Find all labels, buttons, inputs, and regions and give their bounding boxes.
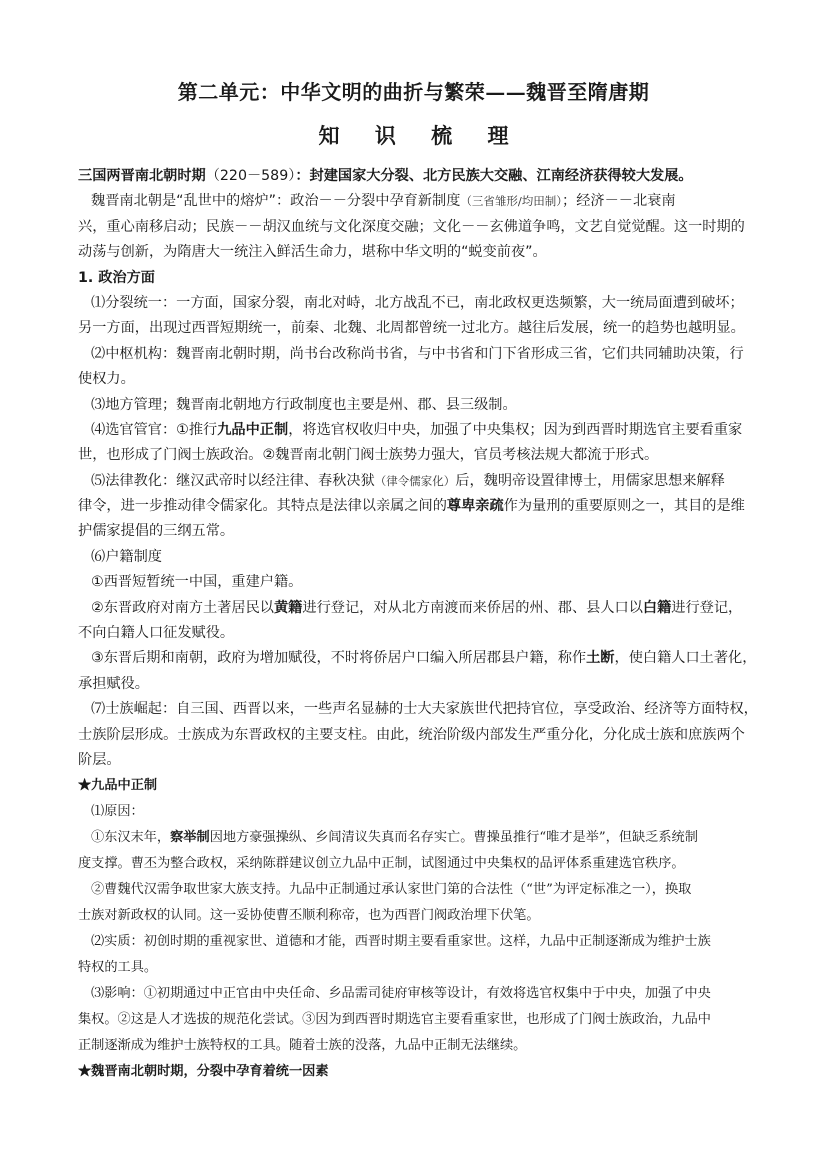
period-name: 三国两晋南北朝时期 (78, 168, 206, 184)
intro-paragraph-line: 兴，重心南移启动；民族－－胡汉血统与文化深度交融；文化－－玄佛道争鸣，文艺自觉觉… (78, 215, 760, 240)
nine-rank-cause-heading: ⑴原因： (78, 799, 760, 825)
item-text: ①东汉末年， (91, 830, 170, 845)
section-heading-politics: 1. 政治方面 (78, 266, 760, 291)
politics-item-5: ⑸法律教化：继汉武帝时以经注律、春秋决狱（律令儒家化）后，魏明帝设置律博士，用儒… (78, 469, 760, 494)
key-term: 尊卑亲疏 (447, 498, 504, 514)
item-text: 进行登记，对从北方南渡而来侨居的州、郡、县人口以 (302, 600, 643, 616)
item-text: ②东晋政府对南方土著居民以 (91, 600, 274, 616)
nine-rank-impact-cont: 正制逐渐成为维护士族特权的工具。随着士族的没落，九品中正制无法继续。 (78, 1033, 760, 1059)
document-page: 第二单元：中华文明的曲折与繁荣——魏晋至隋唐期 知 识 梳 理 三国两晋南北朝时… (0, 0, 827, 1169)
nine-rank-cause-1: ①东汉末年，察举制因地方豪强操纵、乡闾清议失真而名存实亡。曹操虽推行“唯才是举”… (78, 825, 760, 851)
politics-item-4-cont: 世，也形成了门阀士族政治。②魏晋南北朝门阀士族势力强大，官员考核法规大都流于形式… (78, 443, 760, 468)
key-term: 九品中正制 (217, 422, 288, 438)
intro-paragraph-line: 魏晋南北朝是“乱世中的熔炉”：政治－－分裂中孕育新制度（三省雏形/均田制）；经济… (78, 189, 760, 214)
politics-item-2: ⑵中枢机构：魏晋南北朝时期，尚书台改称尚书省，与中书省和门下省形成三省，它们共同… (78, 342, 760, 367)
key-term: 土断 (586, 650, 614, 666)
nine-rank-impact: ⑶影响：①初期通过中正官由中央任命、乡品需司徒府审核等设计，有效将选官权集中于中… (78, 981, 760, 1007)
key-term: 察举制 (170, 830, 210, 845)
nine-rank-cause-2: ②曹魏代汉需争取世家大族支持。九品中正制通过承认家世门第的合法性（“世”为评定标… (78, 877, 760, 903)
politics-item-7: ⑺士族崛起：自三国、西晋以来，一些声名显赫的士大夫家族世代把持官位，享受政治、经… (78, 697, 760, 722)
household-sub-2: ②东晋政府对南方土著居民以黄籍进行登记，对从北方南渡而来侨居的州、郡、县人口以白… (78, 596, 760, 621)
politics-item-1: ⑴分裂统一：一方面，国家分裂，南北对峙，北方战乱不已，南北政权更迭频繁，大一统局… (78, 291, 760, 316)
household-sub-3-cont: 承担赋役。 (78, 672, 760, 697)
item-text: 进行登记， (671, 600, 742, 616)
politics-item-3: ⑶地方管理；魏晋南北朝地方行政制度也主要是州、郡、县三级制。 (78, 393, 760, 418)
item-text: ，使白籍人口土著化， (615, 650, 757, 666)
politics-item-2-cont: 使权力。 (78, 367, 760, 392)
household-sub-3: ③东晋后期和南朝，政府为增加赋役，不时将侨居户口编入所居郡县户籍，称作土断，使白… (78, 646, 760, 671)
item-note: （律令儒家化） (375, 474, 456, 488)
document-title: 第二单元：中华文明的曲折与繁荣——魏晋至隋唐期 (0, 78, 827, 106)
nine-rank-essence: ⑵实质：初创时期的重视家世、道德和才能，西晋时期主要看重家世。这样，九品中正制逐… (78, 929, 760, 955)
politics-item-7-cont: 阶层。 (78, 748, 760, 773)
key-term: 白籍 (643, 600, 671, 616)
document-body: 三国两晋南北朝时期（220－589）：封建国家大分裂、北方民族大交融、江南经济获… (78, 164, 760, 1085)
item-text: 后，魏明帝设置律博士，用儒家思想来解释 (455, 473, 725, 489)
intro-text: ；经济－－北衰南 (562, 193, 676, 209)
section-heading-unity: ★魏晋南北朝时期，分裂中孕育着统一因素 (78, 1059, 760, 1085)
item-text: 因地方豪强操纵、乡闾清议失真而名存实亡。曹操虽推行“唯才是举”，但缺乏系统制 (210, 830, 698, 845)
item-text: 律令，进一步推动律令儒家化。其特点是法律以亲属之间的 (78, 498, 447, 514)
intro-paragraph-line: 动荡与创新，为隋唐大一统注入鲜活生命力，堪称中华文明的“蜕变前夜”。 (78, 240, 760, 265)
document-subtitle: 知 识 梳 理 (0, 121, 827, 151)
politics-item-1-cont: 另一方面，出现过西晋短期统一，前秦、北魏、北周都曾统一过北方。越往后发展，统一的… (78, 316, 760, 341)
politics-item-5-cont: 律令，进一步推动律令儒家化。其特点是法律以亲属之间的尊卑亲疏作为量刑的重要原则之… (78, 494, 760, 519)
item-text: ③东晋后期和南朝，政府为增加赋役，不时将侨居户口编入所居郡县户籍，称作 (91, 650, 586, 666)
period-summary: ：封建国家大分裂、北方民族大交融、江南经济获得较大发展。 (295, 168, 692, 184)
politics-item-5-cont: 护儒家提倡的三纲五常。 (78, 519, 760, 544)
politics-item-4: ⑷选官管官：①推行九品中正制，将选官权收归中央，加强了中央集权；因为到西晋时期选… (78, 418, 760, 443)
period-years: （220－589） (206, 168, 296, 184)
intro-note: （三省雏形/均田制） (460, 194, 562, 208)
period-heading: 三国两晋南北朝时期（220－589）：封建国家大分裂、北方民族大交融、江南经济获… (78, 164, 760, 189)
nine-rank-impact-cont: 集权。②这是人才选拔的规范化尝试。③因为到西晋时期选官主要看重家世，也形成了门阀… (78, 1007, 760, 1033)
section-heading-nine-rank: ★九品中正制 (78, 773, 760, 799)
nine-rank-cause-2-cont: 士族对新政权的认同。这一妥协使曹丕顺利称帝，也为西晋门阀政治埋下伏笔。 (78, 903, 760, 929)
nine-rank-section: ★九品中正制 ⑴原因： ①东汉末年，察举制因地方豪强操纵、乡闾清议失真而名存实亡… (78, 773, 760, 1085)
key-term: 黄籍 (274, 600, 302, 616)
item-text: ，将选官权收归中央，加强了中央集权；因为到西晋时期选官主要看重家 (288, 422, 742, 438)
household-sub-1: ①西晋短暂统一中国，重建户籍。 (78, 570, 760, 595)
item-text: ⑷选官管官：①推行 (91, 422, 217, 438)
item-text: 作为量刑的重要原则之一，其目的是维 (504, 498, 745, 514)
nine-rank-essence-cont: 特权的工具。 (78, 955, 760, 981)
intro-text: 魏晋南北朝是“乱世中的熔炉”：政治－－分裂中孕育新制度 (91, 193, 460, 209)
household-sub-2-cont: 不向白籍人口征发赋役。 (78, 621, 760, 646)
nine-rank-cause-1-cont: 度支撑。曹丕为整合政权，采纳陈群建议创立九品中正制，试图通过中央集权的品评体系重… (78, 851, 760, 877)
politics-item-6-heading: ⑹户籍制度 (78, 545, 760, 570)
item-text: ⑸法律教化：继汉武帝时以经注律、春秋决狱 (91, 473, 375, 489)
politics-item-7-cont: 士族阶层形成。士族成为东晋政权的主要支柱。由此，统治阶级内部发生严重分化，分化成… (78, 723, 760, 748)
